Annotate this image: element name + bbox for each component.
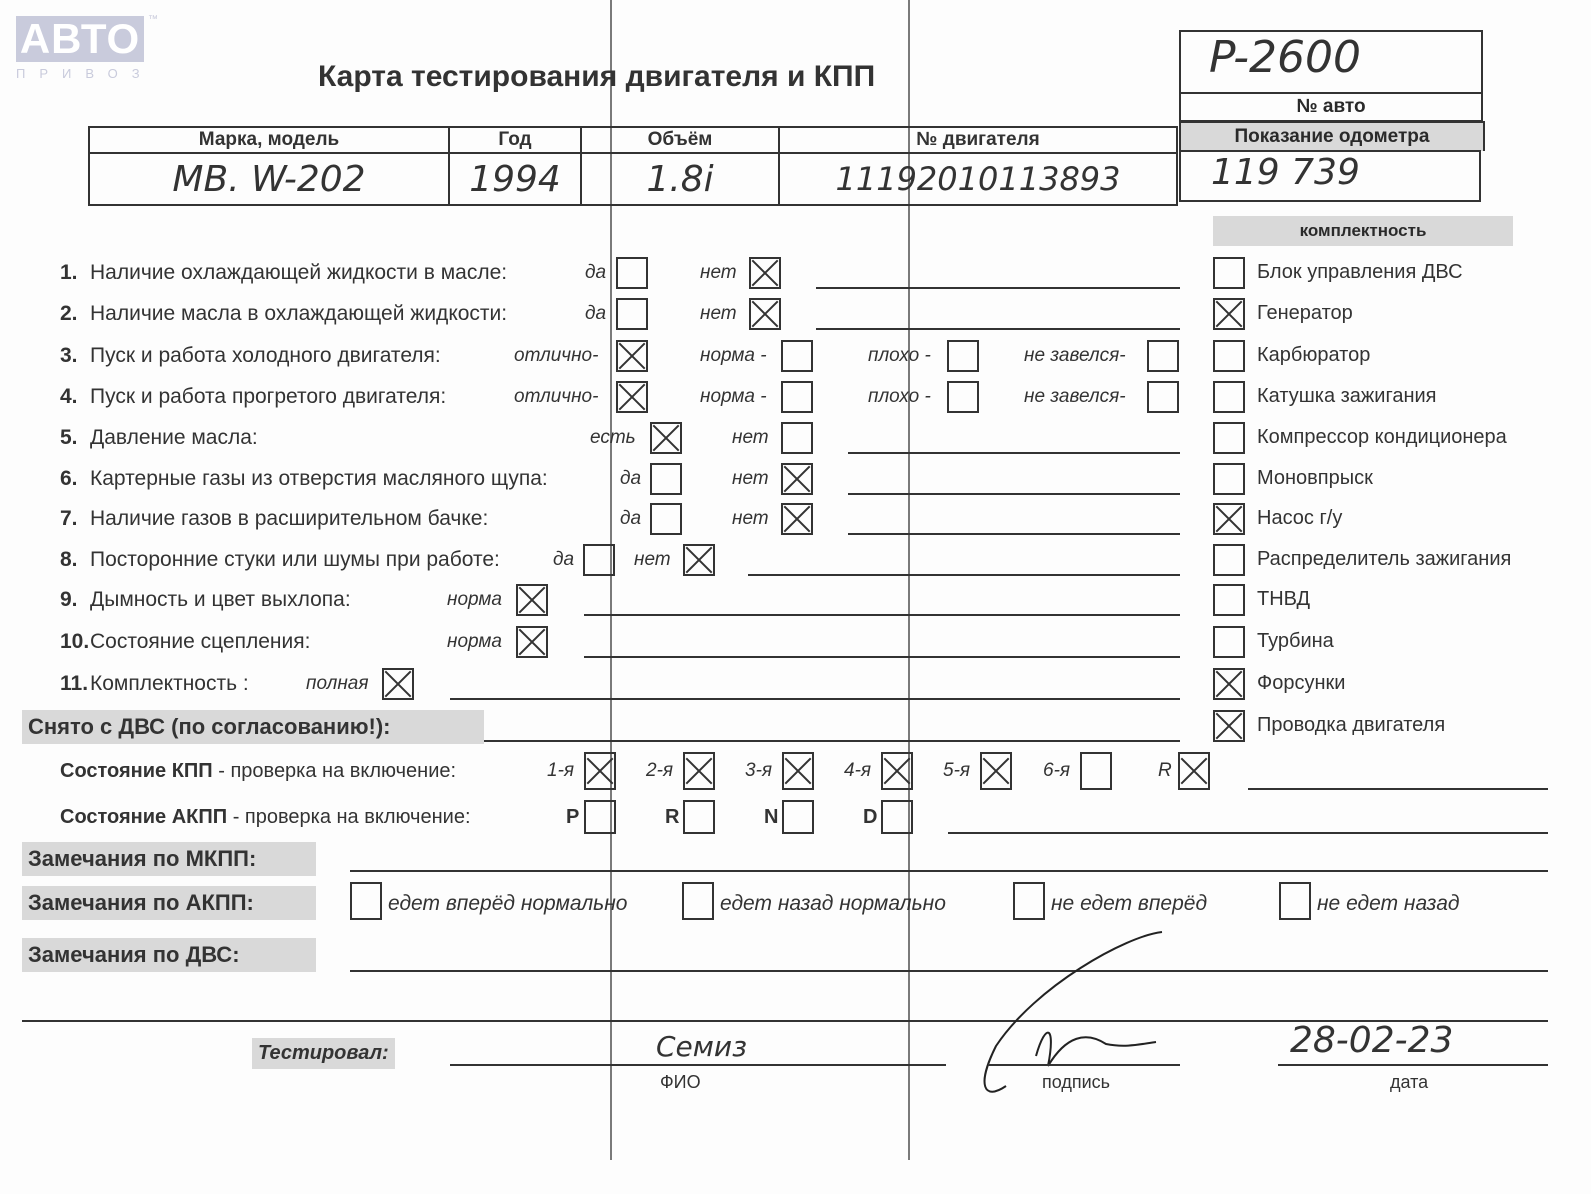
question-text: Наличие охлаждающей жидкости в масле: [90,261,507,284]
auto-mode-label: R [665,806,679,829]
comment-line[interactable] [848,493,1180,495]
comment-line[interactable] [816,328,1180,330]
completeness-checkbox[interactable] [1213,463,1245,495]
question-text: Пуск и работа прогретого двигателя: [90,385,446,408]
option-checkbox[interactable] [683,544,715,576]
page-title: Карта тестирования двигателя и КПП [318,60,875,94]
option-label: плохо - [868,345,931,367]
option-checkbox[interactable] [1147,340,1179,372]
gear-label: 6-я [1043,760,1070,782]
option-checkbox[interactable] [781,463,813,495]
option-checkbox[interactable] [650,422,682,454]
option-checkbox[interactable] [781,422,813,454]
option-label: норма - [700,386,767,408]
option-label: да [585,303,606,325]
date-value[interactable]: 28-02-23 [1290,1020,1453,1061]
tester-name-value[interactable]: Семиз [656,1030,747,1063]
completeness-checkbox[interactable] [1213,710,1245,742]
auto-gearbox-label: Состояние АКПП - проверка на включение: [60,806,471,829]
vehicle-number-box: P-2600 № авто [1179,30,1483,122]
logo: АВТО [16,16,144,62]
completeness-checkbox[interactable] [1213,584,1245,616]
remarks-dvs-label: Замечания по ДВС: [22,938,316,972]
volume-value[interactable]: 1.8i [581,153,779,205]
date-line [1278,1064,1548,1066]
option-checkbox[interactable] [616,298,648,330]
completeness-item-label: Турбина [1257,630,1334,653]
car-info-table: Марка, модель Год Объём № двигателя MB. … [88,126,1178,206]
completeness-item-label: Насос г/у [1257,507,1342,530]
gear-checkbox[interactable] [1080,752,1112,790]
completeness-checkbox[interactable] [1213,381,1245,413]
gear-checkbox[interactable] [881,752,913,790]
model-value[interactable]: MB. W-202 [89,153,449,205]
comment-line[interactable] [748,574,1180,576]
option-label: не завелся- [1024,345,1126,367]
option-checkbox[interactable] [616,340,648,372]
odometer-label: Показание одометра [1179,121,1485,151]
comment-line[interactable] [848,533,1180,535]
akpp-remark-label: не едет вперёд [1051,892,1207,916]
question-number: 1. [60,261,90,285]
akpp-remark-checkbox[interactable] [1279,882,1311,920]
option-checkbox[interactable] [749,298,781,330]
vehicle-number-value[interactable]: P-2600 [1181,32,1481,94]
signature-line [988,1064,1180,1066]
akpp-remark-checkbox[interactable] [350,882,382,920]
question-label: 11.Комплектность : [60,672,249,696]
question-text: Дымность и цвет выхлопа: [90,588,351,611]
completeness-checkbox[interactable] [1213,298,1245,330]
auto-mode-label: P [566,806,579,829]
question-text: Картерные газы из отверстия масляного щу… [90,467,548,490]
question-number: 11. [60,672,90,696]
question-text: Комплектность : [90,672,249,695]
question-label: 4.Пуск и работа прогретого двигателя: [60,385,446,409]
auto-mode-checkbox[interactable] [683,800,715,834]
auto-mode-checkbox[interactable] [782,800,814,834]
completeness-checkbox[interactable] [1213,422,1245,454]
comment-line[interactable] [816,287,1180,289]
akpp-remark-checkbox[interactable] [682,882,714,920]
gear-checkbox[interactable] [980,752,1012,790]
question-number: 4. [60,385,90,409]
option-checkbox[interactable] [650,503,682,535]
option-label: норма [447,589,502,611]
question-label: 7.Наличие газов в расширительном бачке: [60,507,488,531]
question-number: 7. [60,507,90,531]
date-label: дата [1390,1072,1428,1093]
question-label: 1.Наличие охлаждающей жидкости в масле: [60,261,507,285]
signature-label: подпись [1042,1072,1110,1093]
question-text: Состояние сцепления: [90,630,310,653]
option-label: да [553,549,574,571]
question-number: 2. [60,302,90,326]
auto-mode-checkbox[interactable] [584,800,616,834]
akpp-remark-label: едет вперёд нормально [388,892,627,916]
completeness-item-label: Проводка двигателя [1257,714,1445,737]
removed-from-engine-line[interactable] [484,740,1180,742]
completeness-item-label: Форсунки [1257,672,1345,695]
akpp-remark-checkbox[interactable] [1013,882,1045,920]
completeness-checkbox[interactable] [1213,503,1245,535]
option-label: полная [306,673,369,695]
year-value[interactable]: 1994 [449,153,581,205]
gear-label: 1-я [547,760,574,782]
option-label: плохо - [868,386,931,408]
option-label: норма [447,631,502,653]
option-label: нет [700,262,737,284]
option-label: нет [634,549,671,571]
question-text: Посторонние стуки или шумы при работе: [90,548,500,571]
completeness-item-label: Распределитель зажигания [1257,548,1511,571]
completeness-checkbox[interactable] [1213,626,1245,658]
odometer-value[interactable]: 119 739 [1179,150,1481,202]
question-number: 3. [60,344,90,368]
option-label: есть [590,427,636,449]
question-text: Пуск и работа холодного двигателя: [90,344,441,367]
question-number: 9. [60,588,90,612]
completeness-checkbox[interactable] [1213,544,1245,576]
col-header-volume: Объём [581,127,779,153]
completeness-title: комплектность [1213,216,1513,246]
manual-gearbox-label-rest: - проверка на включение: [213,760,456,782]
removed-from-engine-label: Снято с ДВС (по согласованию!): [22,710,484,744]
question-text: Наличие газов в расширительном бачке: [90,507,488,530]
option-label: отлично- [514,386,598,408]
question-label: 9.Дымность и цвет выхлопа: [60,588,351,612]
question-label: 8.Посторонние стуки или шумы при работе: [60,548,500,572]
auto-gearbox-line[interactable] [948,832,1548,834]
option-checkbox[interactable] [749,257,781,289]
gear-checkbox[interactable] [683,752,715,790]
tester-name-label: ФИО [660,1072,701,1093]
question-number: 8. [60,548,90,572]
question-label: 3.Пуск и работа холодного двигателя: [60,344,441,368]
option-checkbox[interactable] [781,503,813,535]
remarks-dvs-line[interactable] [350,970,1548,972]
auto-gearbox-label-rest: - проверка на включение: [227,806,470,828]
option-checkbox[interactable] [1147,381,1179,413]
manual-gearbox-label: Состояние КПП - проверка на включение: [60,760,456,783]
tester-name-line [450,1064,946,1066]
col-header-model: Марка, модель [89,127,449,153]
gear-checkbox[interactable] [1178,752,1210,790]
manual-gearbox-line[interactable] [1248,788,1548,790]
question-number: 5. [60,426,90,450]
remarks-mkpp-line[interactable] [350,870,1548,872]
option-label: норма - [700,345,767,367]
option-label: нет [732,427,769,449]
completeness-item-label: Компрессор кондиционера [1257,426,1507,449]
comment-line[interactable] [848,452,1180,454]
option-label: отлично- [514,345,598,367]
gear-label: 3-я [745,760,772,782]
option-label: не завелся- [1024,386,1126,408]
option-label: нет [700,303,737,325]
option-checkbox[interactable] [516,626,548,658]
option-checkbox[interactable] [516,584,548,616]
completeness-item-label: Генератор [1257,302,1353,325]
manual-gearbox-label-bold: Состояние КПП [60,760,213,782]
akpp-remark-label: едет назад нормально [720,892,946,916]
comment-line[interactable] [450,698,1180,700]
option-checkbox[interactable] [382,668,414,700]
option-checkbox[interactable] [616,257,648,289]
option-checkbox[interactable] [616,381,648,413]
option-checkbox[interactable] [947,340,979,372]
question-label: 6.Картерные газы из отверстия масляного … [60,467,548,491]
option-checkbox[interactable] [583,544,615,576]
option-checkbox[interactable] [781,340,813,372]
question-label: 2.Наличие масла в охлаждающей жидкости: [60,302,507,326]
col-header-year: Год [449,127,581,153]
logo-trademark: ™ [148,14,158,25]
vehicle-number-label: № авто [1181,94,1481,120]
gear-label: R [1158,760,1172,782]
gear-checkbox[interactable] [782,752,814,790]
gear-label: 2-я [646,760,673,782]
option-label: нет [732,468,769,490]
option-checkbox[interactable] [947,381,979,413]
gear-label: 5-я [943,760,970,782]
completeness-item-label: Карбюратор [1257,344,1370,367]
option-label: да [585,262,606,284]
auto-mode-checkbox[interactable] [881,800,913,834]
tested-by-label: Тестировал: [252,1038,395,1069]
col-header-engine-number: № двигателя [779,127,1177,153]
question-number: 10. [60,630,90,654]
question-text: Давление масла: [90,426,258,449]
completeness-item-label: ТНВД [1257,588,1310,611]
auto-mode-label: D [863,806,877,829]
gear-label: 4-я [844,760,871,782]
remarks-akpp-label: Замечания по АКПП: [22,886,316,920]
comment-line[interactable] [584,656,1180,658]
completeness-item-label: Моновпрыск [1257,467,1373,490]
auto-gearbox-label-bold: Состояние АКПП [60,806,227,828]
option-label: нет [732,508,769,530]
akpp-remark-label: не едет назад [1317,892,1459,916]
completeness-checkbox[interactable] [1213,257,1245,289]
question-label: 10.Состояние сцепления: [60,630,310,654]
engine-number-value[interactable]: 11192010113893 [779,153,1177,205]
comment-line[interactable] [584,614,1180,616]
completeness-item-label: Блок управления ДВС [1257,261,1463,284]
option-label: да [620,468,641,490]
completeness-checkbox[interactable] [1213,668,1245,700]
gear-checkbox[interactable] [584,752,616,790]
auto-mode-label: N [764,806,778,829]
option-checkbox[interactable] [781,381,813,413]
remarks-mkpp-label: Замечания по МКПП: [22,842,316,876]
question-text: Наличие масла в охлаждающей жидкости: [90,302,507,325]
question-number: 6. [60,467,90,491]
option-label: да [620,508,641,530]
option-checkbox[interactable] [650,463,682,495]
completeness-item-label: Катушка зажигания [1257,385,1437,408]
question-label: 5.Давление масла: [60,426,258,450]
logo-subtitle: ПРИВОЗ [16,66,154,81]
completeness-checkbox[interactable] [1213,340,1245,372]
